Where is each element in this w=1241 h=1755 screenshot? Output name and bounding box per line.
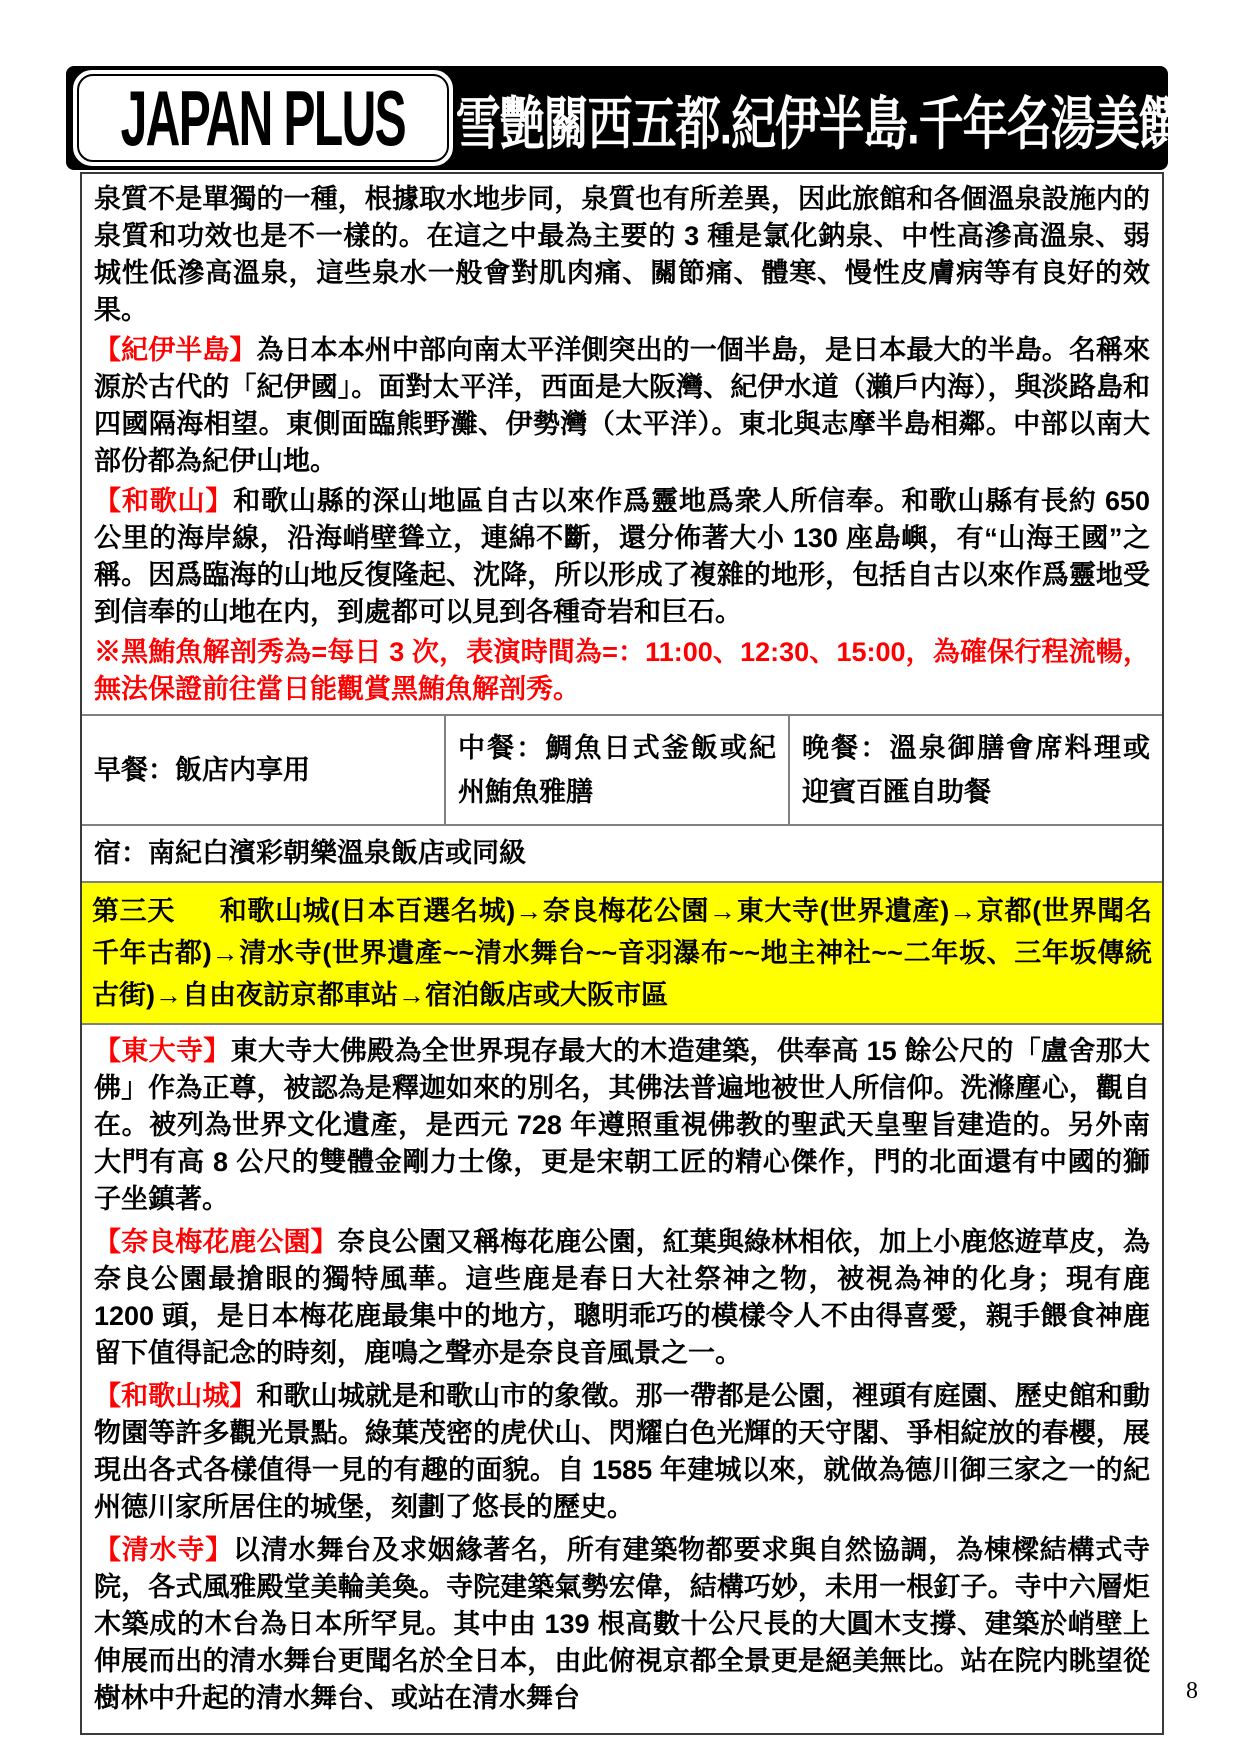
wakayama-castle-paragraph: 【和歌山城】和歌山城就是和歌山市的象徵。那一帶都是公園，裡頭有庭園、歷史館和動物… — [94, 1378, 1150, 1526]
japan-plus-logo: JAPAN PLUS — [70, 67, 456, 169]
nara-deer-park-label: 【奈良梅花鹿公園】 — [94, 1227, 338, 1257]
day3-label: 第三天 — [92, 896, 175, 926]
day3-route: 和歌山城(日本百選名城)→奈良梅花公園→東大寺(世界遺產)→京都(世界聞名千年古… — [92, 896, 1152, 1010]
kiyomizu-label: 【清水寺】 — [94, 1535, 233, 1565]
wakayama-paragraph: 【和歌山】和歌山縣的深山地區自古以來作爲靈地爲衆人所信奉。和歌山縣有長約 650… — [94, 483, 1150, 631]
nara-deer-park-paragraph: 【奈良梅花鹿公園】奈良公園又稱梅花鹿公園，紅葉與綠林相依，加上小鹿悠遊草皮，為奈… — [94, 1224, 1150, 1372]
hot-spring-paragraph: 泉質不是單獨的一種，根據取水地步同，泉質也有所差異，因此旅館和各個溫泉設施内的泉… — [94, 181, 1150, 329]
lunch-cell: 中餐：鯛魚日式釜飯或紀州鮪魚雅膳 — [444, 716, 788, 824]
japan-plus-logo-inner: JAPAN PLUS — [77, 74, 449, 162]
header-banner: JAPAN PLUS 雪艷關西五都.紀伊半島.千年名湯美饌五日 — [66, 66, 1168, 170]
itinerary-document: 泉質不是單獨的一種，根據取水地步同，泉質也有所差異，因此旅館和各個溫泉設施内的泉… — [80, 172, 1164, 1735]
kii-peninsula-label: 【紀伊半島】 — [94, 335, 256, 365]
tour-title: 雪艷關西五都.紀伊半島.千年名湯美饌五日 — [456, 76, 1241, 159]
todaiji-label: 【東大寺】 — [94, 1036, 231, 1066]
wakayama-castle-label: 【和歌山城】 — [94, 1381, 256, 1411]
page-number: 8 — [1186, 1678, 1198, 1705]
wakayama-text: 和歌山縣的深山地區自古以來作爲靈地爲衆人所信奉。和歌山縣有長約 650 公里的海… — [94, 486, 1150, 627]
logo-text: JAPAN PLUS — [121, 73, 406, 163]
todaiji-text: 東大寺大佛殿為全世界現存最大的木造建築，供奉高 15 餘公尺的「盧舍那大佛」作為… — [94, 1036, 1150, 1214]
meals-table-row: 早餐：飯店内享用 中餐：鯛魚日式釜飯或紀州鮪魚雅膳 晚餐：溫泉御膳會席料理或迎賓… — [82, 714, 1162, 824]
breakfast-cell: 早餐：飯店内享用 — [82, 716, 444, 824]
day3-itinerary-row: 第三天和歌山城(日本百選名城)→奈良梅花公園→東大寺(世界遺產)→京都(世界聞名… — [82, 881, 1162, 1023]
todaiji-paragraph: 【東大寺】東大寺大佛殿為全世界現存最大的木造建築，供奉高 15 餘公尺的「盧舍那… — [94, 1033, 1150, 1218]
intro-section: 泉質不是單獨的一種，根據取水地步同，泉質也有所差異，因此旅館和各個溫泉設施内的泉… — [82, 174, 1162, 714]
descriptions-section: 【東大寺】東大寺大佛殿為全世界現存最大的木造建築，供奉高 15 餘公尺的「盧舍那… — [82, 1023, 1162, 1733]
wakayama-label: 【和歌山】 — [94, 486, 233, 516]
kiyomizu-paragraph: 【清水寺】以清水舞台及求姻緣著名，所有建築物都要求與自然協調，為棟樑結構式寺院，… — [94, 1532, 1150, 1717]
tuna-show-note: ※黑鮪魚解剖秀為=每日 3 次，表演時間為=：11:00、12:30、15:00… — [94, 634, 1150, 708]
kiyomizu-text: 以清水舞台及求姻緣著名，所有建築物都要求與自然協調，為棟樑結構式寺院，各式風雅殿… — [94, 1535, 1150, 1713]
hotel-row: 宿：南紀白濱彩朝樂溫泉飯店或同級 — [82, 824, 1162, 881]
kii-peninsula-paragraph: 【紀伊半島】為日本本州中部向南太平洋側突出的一個半島，是日本最大的半島。名稱來源… — [94, 332, 1150, 480]
dinner-cell: 晚餐：溫泉御膳會席料理或迎賓百匯自助餐 — [788, 716, 1162, 824]
